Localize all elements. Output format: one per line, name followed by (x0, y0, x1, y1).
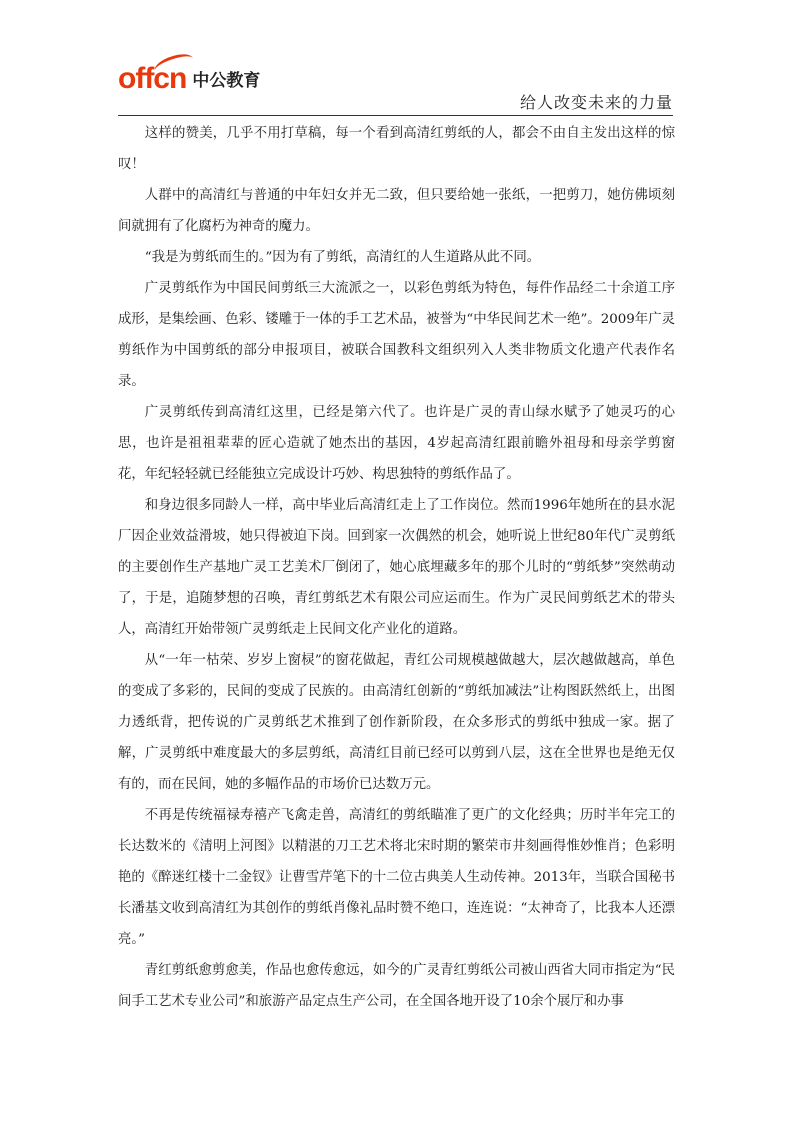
paragraph: 和身边很多同龄人一样，高中毕业后高清红走上了工作岗位。然而1996年她所在的县水… (118, 490, 675, 645)
page-header: offcn 中公教育 给人改变未来的力量 (118, 60, 673, 116)
header-divider (118, 115, 673, 116)
offcn-logo: offcn 中公教育 (118, 64, 260, 94)
paragraph: 这样的赞美，几乎不用打草稿，每一个看到高清红剪纸的人，都会不由自主发出这样的惊叹… (118, 118, 675, 180)
slogan: 给人改变未来的力量 (520, 90, 673, 113)
paragraph: 不再是传统福禄寿禧产飞禽走兽，高清红的剪纸瞄准了更广的文化经典；历时半年完工的长… (118, 800, 675, 955)
paragraph: 广灵剪纸作为中国民间剪纸三大流派之一，以彩色剪纸为特色，每件作品经二十余道工序成… (118, 273, 675, 397)
paragraph: “我是为剪纸而生的。”因为有了剪纸，高清红的人生道路从此不同。 (118, 242, 675, 273)
paragraph: 青红剪纸愈剪愈美，作品也愈传愈远，如今的广灵青红剪纸公司被山西省大同市指定为“民… (118, 955, 675, 1017)
paragraph: 广灵剪纸传到高清红这里，已经是第六代了。也许是广灵的青山绿水赋予了她灵巧的心思，… (118, 397, 675, 490)
paragraph: 人群中的高清红与普通的中年妇女并无二致，但只要给她一张纸，一把剪刀，她仿佛顷刻间… (118, 180, 675, 242)
logo-text: 中公教育 (192, 66, 260, 91)
article-body: 这样的赞美，几乎不用打草稿，每一个看到高清红剪纸的人，都会不由自主发出这样的惊叹… (118, 118, 675, 1017)
paragraph: 从“一年一枯荣、岁岁上窗棂”的窗花做起，青红公司规模越做越大，层次越做越高，单色… (118, 645, 675, 800)
logo-mark: offcn (118, 64, 186, 94)
